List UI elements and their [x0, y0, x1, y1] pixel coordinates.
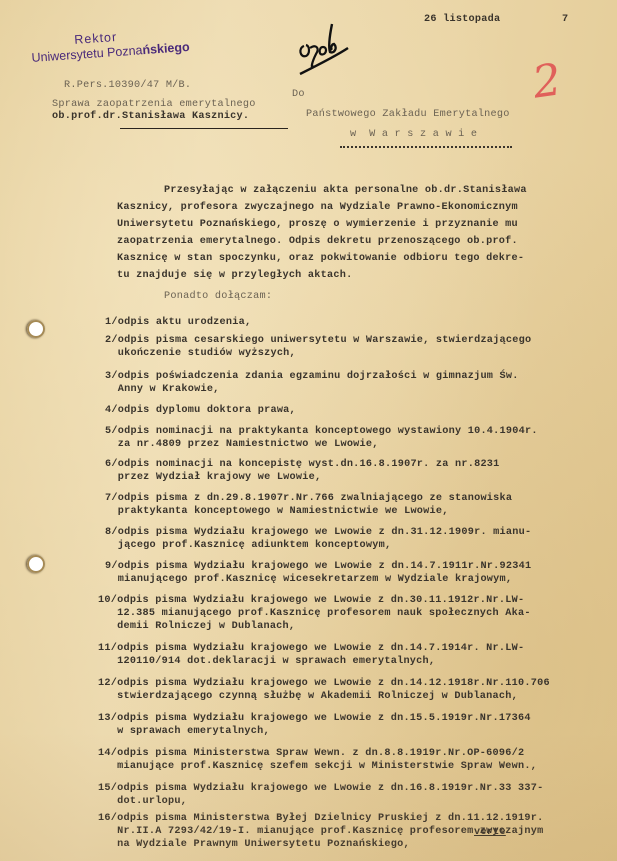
attachment-line: mianujące prof.Kasznicę szefem sekcji w … [98, 760, 537, 773]
attachment-line: w sprawach emerytalnych, [98, 725, 270, 738]
reference-number: R.Pers.10390/47 M/B. [64, 79, 191, 92]
stamp-line-2-regular: Uniwersytetu Pozna [31, 43, 143, 65]
addressee-city: w W a r s z a w i e [350, 128, 477, 141]
attachment-line: 16/odpis pisma Ministerstwa Byłej Dzieln… [98, 812, 543, 825]
body-line-5: Kasznicę w stan spoczynku, oraz pokwitow… [117, 252, 524, 265]
attachment-line: 12.385 mianującego prof.Kasznicę profeso… [98, 607, 531, 620]
attachment-line: za nr.4809 przez Namiestnictwo we Lwowie… [105, 438, 379, 451]
attachment-line: mianującego prof.Kasznicę wicesekretarze… [105, 573, 512, 586]
attachment-line: 6/odpis nominacji na koncepistę wyst.dn.… [105, 458, 500, 471]
attachment-line: 5/odpis nominacji na praktykanta koncept… [105, 425, 538, 438]
body-line-3: Uniwersytetu Poznańskiego, proszę o wymi… [117, 218, 518, 231]
attachment-line: demii Rolniczej w Dublanach, [98, 620, 295, 633]
document-year-fragment: 7 [562, 13, 568, 26]
attachment-line: Anny w Krakowie, [105, 383, 220, 396]
attachment-line: 7/odpis pisma z dn.29.8.1907r.Nr.766 zwa… [105, 492, 512, 505]
attachments-intro: Ponadto dołączam: [164, 290, 272, 303]
attachment-line: ukończenie studiów wyższych, [105, 347, 296, 360]
stamp-line-2-bold: ńskiego [142, 40, 190, 57]
document-page: Rektor Uniwersytetu Poznańskiego 26 list… [0, 0, 617, 861]
attachment-line: 12/odpis pisma Wydziału krajowego we Lwo… [98, 677, 550, 690]
attachment-line: 13/odpis pisma Wydziału krajowego we Lwo… [98, 712, 531, 725]
attachment-line: dot.urlopu, [98, 795, 187, 808]
attachment-line: 11/odpis pisma Wydziału krajowego we Lwo… [98, 642, 524, 655]
attachment-line: praktykanta konceptowego w Namiestnictwi… [105, 505, 449, 518]
addressee-prefix: Do [292, 88, 305, 101]
addressee-underline [340, 146, 512, 148]
attachment-line: 4/odpis dyplomu doktora prawa, [105, 404, 296, 417]
attachment-line: 2/odpis pisma cesarskiego uniwersytetu w… [105, 334, 531, 347]
attachment-line: 15/odpis pisma Wydziału krajowego we Lwo… [98, 782, 543, 795]
attachment-line: jącego prof.Kasznicę adiunktem konceptow… [105, 539, 391, 552]
attachment-line: 8/odpis pisma Wydziału krajowego we Lwow… [105, 526, 531, 539]
attachment-line: 14/odpis pisma Ministerstwa Spraw Wewn. … [98, 747, 524, 760]
attachment-line: 10/odpis pisma Wydziału krajowego we Lwo… [98, 594, 524, 607]
subject-line-2: ob.prof.dr.Stanisława Kasznicy. [52, 110, 249, 123]
body-line-2: Kasznicy, profesora zwyczajnego na Wydzi… [117, 201, 518, 214]
attachment-line: na Wydziale Prawnym Uniwersytetu Poznańs… [98, 838, 410, 851]
attachment-line: 120110/914 dot.deklaracji w sprawach eme… [98, 655, 435, 668]
attachment-line: 3/odpis poświadczenia zdania egzaminu do… [105, 370, 519, 383]
attachment-line: 9/odpis pisma Wydziału krajowego we Lwow… [105, 560, 531, 573]
subject-underline [120, 128, 288, 129]
handwritten-page-number: 2 [530, 54, 565, 108]
body-line-4: zaopatrzenia emerytalnego. Odpis dekretu… [117, 235, 518, 248]
attachment-line: stwierdzającego czynną służbę w Akademii… [98, 690, 518, 703]
attachment-line: przez Wydział krajowy we Lwowie, [105, 471, 321, 484]
punch-hole-top [27, 320, 45, 338]
handwritten-annotation-icon [296, 18, 376, 78]
attachment-line: 1/odpis aktu urodzenia, [105, 316, 251, 329]
verte-note: verte [474, 826, 506, 839]
document-date: 26 listopada [424, 13, 500, 26]
body-line-6: tu znajduje się w przyległych aktach. [117, 269, 352, 282]
body-line-1: Przesyłając w załączeniu akta personalne… [164, 184, 527, 197]
punch-hole-bottom [27, 555, 45, 573]
addressee-name: Państwowego Zakładu Emerytalnego [306, 108, 510, 121]
